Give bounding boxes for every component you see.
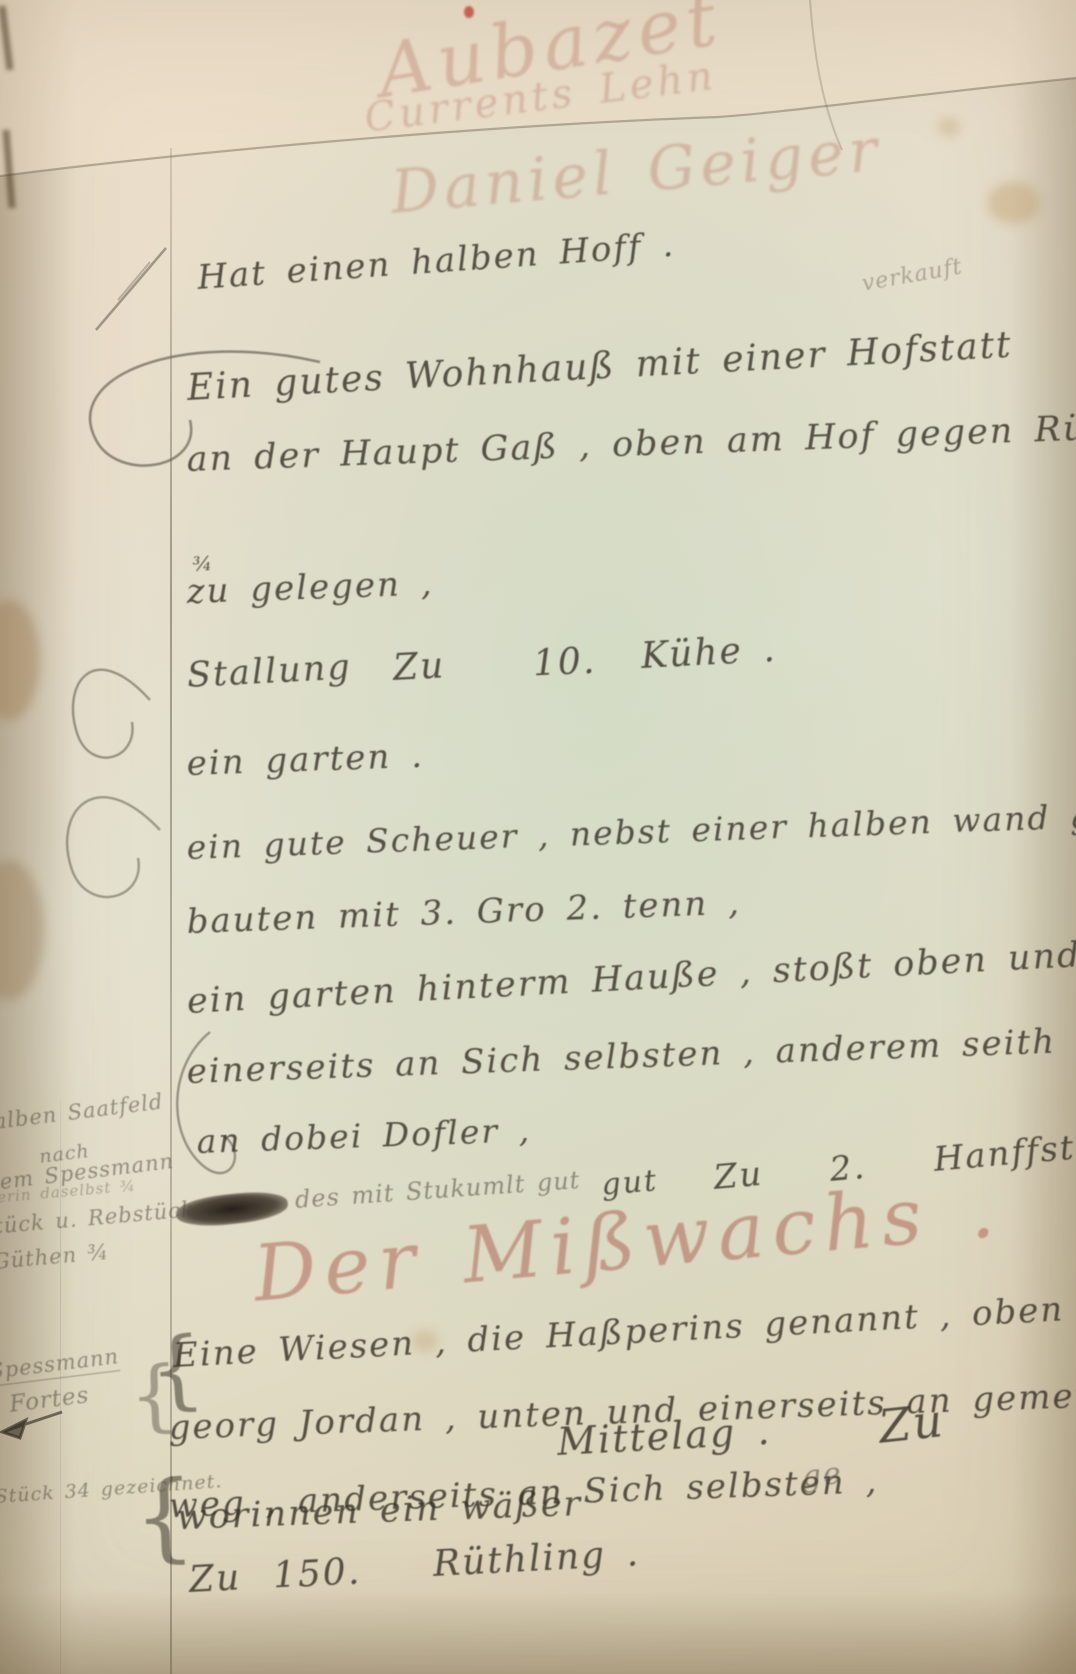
opening-margin-note: verkauft: [860, 254, 964, 296]
garden-line: ein garten .: [186, 736, 425, 784]
pencil-check-mark: [96, 248, 166, 330]
house-line-2: an der Haupt Gaß , oben am Hof gegen Rüt…: [186, 407, 1076, 480]
paper-stain: [938, 118, 960, 136]
rear-garden-line-2: einerseits an Sich selbsten , anderem se…: [186, 1022, 1057, 1092]
rear-garden-line-3: an dobei Dofler ,: [196, 1110, 532, 1161]
paper-stain: [0, 860, 44, 1000]
ge-fragment: ge: [800, 1456, 844, 1495]
margin-note-guethen: Güthen ¾: [0, 1240, 110, 1274]
margin-brace: {: [128, 1350, 181, 1442]
initial-flourish-garten: [73, 670, 150, 758]
stall-word: Stallung: [186, 647, 353, 696]
house-line-3: zu gelegen ,: [186, 563, 434, 612]
barn-line-2: bauten mit 3. Gro 2. tenn ,: [186, 883, 741, 942]
stall-unit: Kühe .: [640, 629, 778, 677]
pencil-check-mark-2: [118, 262, 150, 300]
paper-stain: [0, 600, 40, 720]
opening-line: Hat einen halben Hoff .: [196, 225, 676, 298]
meadow-zu: Zu: [876, 1393, 947, 1454]
owner-name-heading: Daniel Geiger: [388, 115, 885, 228]
margin-note-fortes: Fortes: [8, 1382, 91, 1418]
paper-stain: [988, 182, 1040, 224]
stall-number: 10.: [532, 641, 597, 685]
margin-note-saatfeld: halben Saatfeld: [0, 1089, 165, 1135]
photo-edge-shadow-marks: [2, 6, 12, 208]
ruthling-unit: Rüthling .: [432, 1533, 641, 1585]
house-line-1: Ein gutes Wohnhauß mit einer Hofstatt: [186, 325, 1014, 409]
ruthling-number: 150.: [272, 1551, 362, 1597]
initial-flourish-scheuer: [67, 797, 160, 897]
barn-line-1: ein gute Scheuer , nebst einer halben wa…: [186, 795, 1076, 867]
rear-garden-line-1: ein garten hinterm Hauße , stoßt oben un…: [186, 935, 1076, 1022]
ruthling-zu: Zu: [188, 1557, 242, 1601]
stall-zu: Zu: [392, 645, 446, 689]
manuscript-photo: Aubazet Currents Lehn Daniel Geiger Hat …: [0, 0, 1076, 1674]
